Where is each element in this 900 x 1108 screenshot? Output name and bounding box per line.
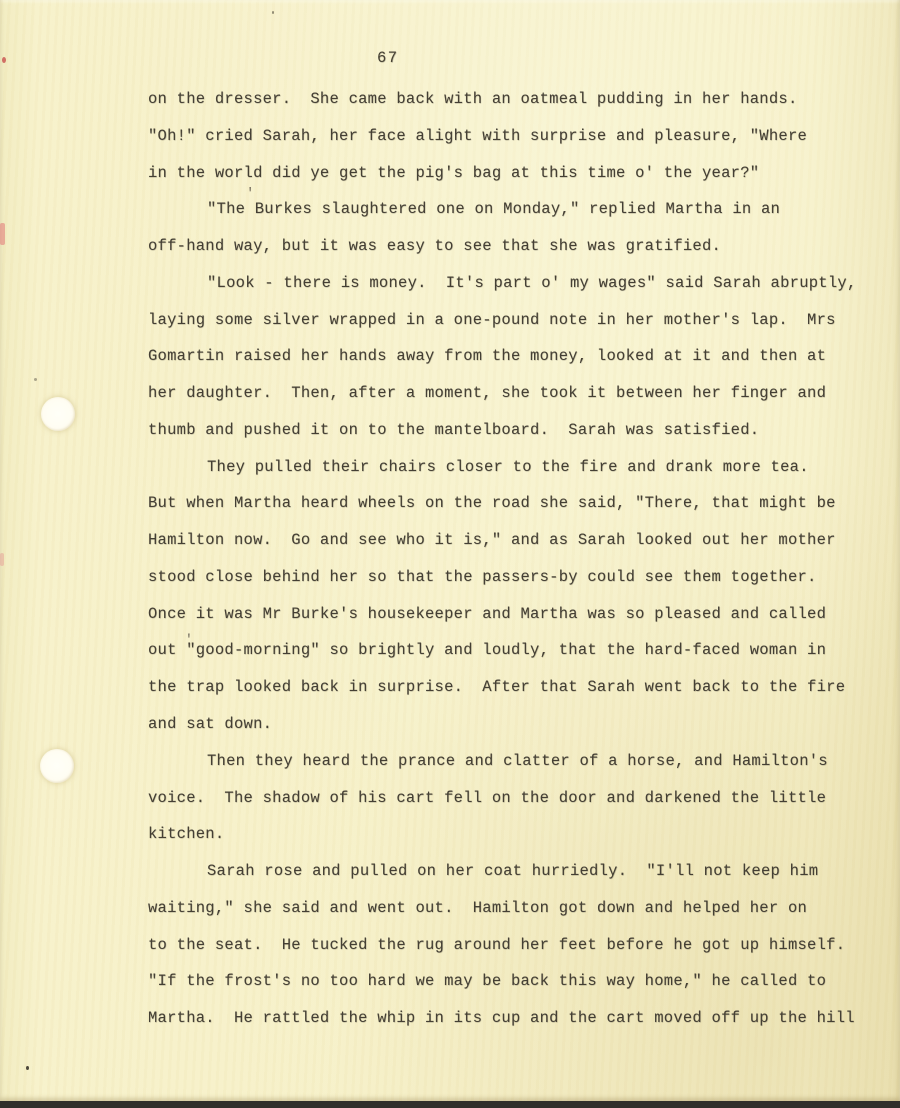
text-line: But when Martha heard wheels on the road… xyxy=(148,485,893,522)
left-edge-red-dot xyxy=(2,57,6,63)
text-line: kitchen. xyxy=(148,816,893,853)
manuscript-page: 67 on the dresser. She came back with an… xyxy=(0,0,900,1101)
text-line: off-hand way, but it was easy to see tha… xyxy=(148,228,893,265)
text-line: thumb and pushed it on to the mantelboar… xyxy=(148,412,893,449)
text-line: Gomartin raised her hands away from the … xyxy=(148,338,893,375)
text-line: "The Burkes slaughtered one on Monday," … xyxy=(148,191,893,228)
text-line: Hamilton now. Go and see who it is," and… xyxy=(148,522,893,559)
dust-speck-top xyxy=(272,11,274,14)
text-line: Sarah rose and pulled on her coat hurrie… xyxy=(148,853,893,890)
left-edge-pink-mark xyxy=(0,553,4,566)
text-line: out "good-morning" so brightly and loudl… xyxy=(148,632,893,669)
text-line: her daughter. Then, after a moment, she … xyxy=(148,375,893,412)
text-line: waiting," she said and went out. Hamilto… xyxy=(148,890,893,927)
left-edge-red-mark xyxy=(0,223,5,245)
text-line: voice. The shadow of his cart fell on th… xyxy=(148,780,893,817)
page-number: 67 xyxy=(377,49,399,67)
text-line: "Oh!" cried Sarah, her face alight with … xyxy=(148,118,893,155)
text-line: "If the frost's no too hard we may be ba… xyxy=(148,963,893,1000)
scan-surface: 67 on the dresser. She came back with an… xyxy=(0,0,900,1108)
dust-speck-margin xyxy=(34,378,37,381)
text-line: the trap looked back in surprise. After … xyxy=(148,669,893,706)
text-line: in the world did ye get the pig's bag at… xyxy=(148,155,893,192)
text-line: and sat down. xyxy=(148,706,893,743)
text-line: stood close behind her so that the passe… xyxy=(148,559,893,596)
punch-hole-bottom xyxy=(40,749,74,783)
text-line: laying some silver wrapped in a one-poun… xyxy=(148,302,893,339)
text-line: to the seat. He tucked the rug around he… xyxy=(148,927,893,964)
text-line: "Look - there is money. It's part o' my … xyxy=(148,265,893,302)
page-text: on the dresser. She came back with an oa… xyxy=(148,81,893,1037)
margin-stray-quote-mark: ' xyxy=(246,186,254,202)
stray-apostrophe-mark: ' xyxy=(185,632,193,647)
text-line: Then they heard the prance and clatter o… xyxy=(148,743,893,780)
text-line: Martha. He rattled the whip in its cup a… xyxy=(148,1000,893,1037)
punch-hole-top xyxy=(41,397,75,431)
dust-speck-bottom-left xyxy=(26,1066,29,1070)
text-line: They pulled their chairs closer to the f… xyxy=(148,449,893,486)
text-line: Once it was Mr Burke's housekeeper and M… xyxy=(148,596,893,633)
text-line: on the dresser. She came back with an oa… xyxy=(148,81,893,118)
